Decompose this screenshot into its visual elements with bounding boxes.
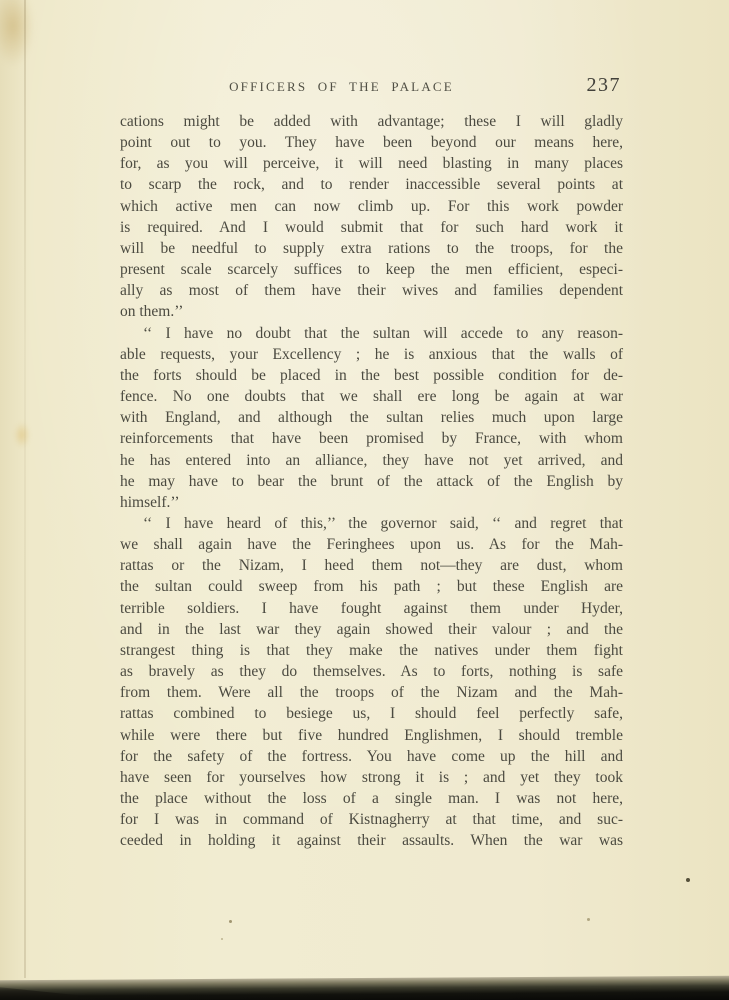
text-line: point out to you. They have been beyond … <box>120 132 623 153</box>
book-page-scan: OFFICERS OF THE PALACE 237 cations might… <box>0 0 729 1000</box>
page-edge-band <box>0 976 729 1000</box>
running-header: OFFICERS OF THE PALACE 237 <box>120 76 623 96</box>
page-fold-line <box>24 0 26 978</box>
text-line: the place without the loss of a single m… <box>120 788 623 809</box>
text-line: strangest thing is that they make the na… <box>120 640 623 661</box>
text-line: he has entered into an alliance, they ha… <box>120 450 623 471</box>
text-line: to scarp the rock, and to render inacces… <box>120 174 623 195</box>
text-line: is required. And I would submit that for… <box>120 217 623 238</box>
paragraph: ‘‘ I have no doubt that the sultan will … <box>120 323 623 513</box>
text-line: for the safety of the fortress. You have… <box>120 746 623 767</box>
corner-smudge <box>0 0 34 66</box>
text-line: the forts should be placed in the best p… <box>120 365 623 386</box>
paper-speck <box>587 918 590 921</box>
paragraph: ‘‘ I have heard of this,’’ the governor … <box>120 513 623 852</box>
page-number: 237 <box>587 74 622 97</box>
text-line: rattas or the Nizam, I heed them not—the… <box>120 555 623 576</box>
text-line: will be needful to supply extra rations … <box>120 238 623 259</box>
text-line: with England, and although the sultan re… <box>120 407 623 428</box>
text-line: terrible soldiers. I have fought against… <box>120 598 623 619</box>
paper-speck <box>221 938 223 940</box>
text-line: which active men can now climb up. For t… <box>120 196 623 217</box>
text-line: the sultan could sweep from his path ; b… <box>120 576 623 597</box>
header-title: OFFICERS OF THE PALACE <box>120 79 563 95</box>
paper-stain <box>14 422 30 448</box>
text-line: for, as you will perceive, it will need … <box>120 153 623 174</box>
text-line: while were there but five hundred Englis… <box>120 725 623 746</box>
text-line: reinforcements that have been promised b… <box>120 428 623 449</box>
text-line: ally as most of them have their wives an… <box>120 280 623 301</box>
text-line: fence. No one doubts that we shall ere l… <box>120 386 623 407</box>
paragraph: cations might be added with advantage; t… <box>120 111 623 323</box>
text-line: as bravely as they do themselves. As to … <box>120 661 623 682</box>
text-line: for I was in command of Kistnagherry at … <box>120 809 623 830</box>
text-line: ‘‘ I have heard of this,’’ the governor … <box>120 513 623 534</box>
text-line: rattas combined to besiege us, I should … <box>120 703 623 724</box>
text-line: from them. Were all the troops of the Ni… <box>120 682 623 703</box>
text-line: present scale scarcely suffices to keep … <box>120 259 623 280</box>
text-line: and in the last war they again showed th… <box>120 619 623 640</box>
text-line: able requests, your Excellency ; he is a… <box>120 344 623 365</box>
text-line: ceeded in holding it against their assau… <box>120 830 623 851</box>
text-line: on them.’’ <box>120 301 623 322</box>
text-line: he may have to bear the brunt of the att… <box>120 471 623 492</box>
text-line: himself.’’ <box>120 492 623 513</box>
text-line: cations might be added with advantage; t… <box>120 111 623 132</box>
text-line: ‘‘ I have no doubt that the sultan will … <box>120 323 623 344</box>
text-line: we shall again have the Feringhees upon … <box>120 534 623 555</box>
text-line: have seen for yourselves how strong it i… <box>120 767 623 788</box>
paper-speck <box>229 920 232 923</box>
body-text: cations might be added with advantage; t… <box>120 111 623 851</box>
paper-speck <box>686 878 690 882</box>
